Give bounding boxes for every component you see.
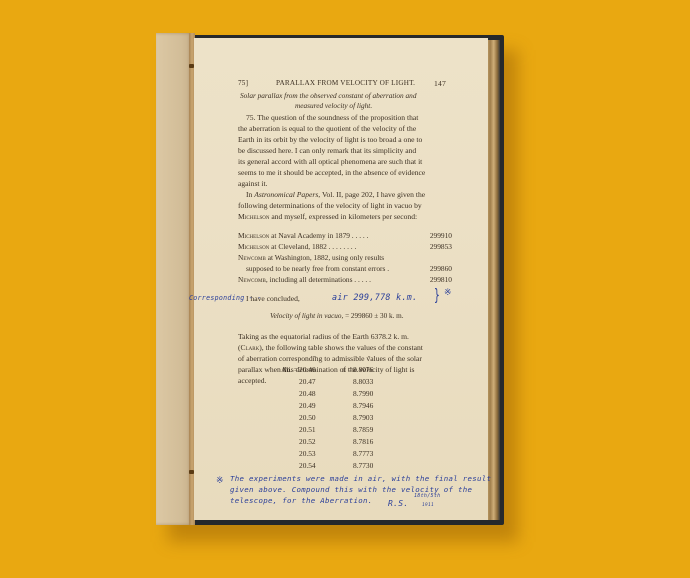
text-line: be discussed here. I can only remark tha… xyxy=(238,146,416,157)
parallax-value: 8.7730 xyxy=(353,461,373,470)
handwritten-date-bottom: 1911 xyxy=(422,503,434,508)
page-number: 147 xyxy=(434,79,446,88)
list-item: Newcomb, including all determinations . … xyxy=(238,275,452,284)
text-line: Taking as the equatorial radius of the E… xyxy=(238,332,409,343)
list-item: Newcomb at Washington, 1882, using only … xyxy=(238,253,452,262)
running-title: PARALLAX FROM VELOCITY OF LIGHT. xyxy=(276,79,415,87)
page-edges xyxy=(486,40,500,520)
parallax-value: 8.8033 xyxy=(353,377,373,386)
parallax-value: 8.7903 xyxy=(353,413,373,422)
text-line: 75. The question of the soundness of the… xyxy=(246,113,418,124)
parallax-value: 8.7859 xyxy=(353,425,373,434)
list-item: Michelson at Naval Academy in 1879 . . .… xyxy=(238,231,452,240)
parallax-value: 8.7990 xyxy=(353,389,373,398)
aberration-value: 20.47 xyxy=(299,377,316,386)
parallax-value: 8.7773 xyxy=(353,449,373,458)
text-line: following determinations of the velocity… xyxy=(238,201,422,212)
asterisk-icon: ※ xyxy=(216,476,224,486)
handwritten-signature: R.S. xyxy=(388,499,408,508)
pi-label: π = xyxy=(342,365,352,374)
left-page-flap xyxy=(156,33,192,525)
subtitle-line-2: measured velocity of light. xyxy=(295,101,372,110)
handwritten-air-value: air 299,778 k.m. xyxy=(332,292,417,302)
handwritten-margin-note: Corresponding - - xyxy=(189,294,262,302)
subtitle-line-1: Solar parallax from the observed constan… xyxy=(240,91,416,100)
aberration-value: 20.51 xyxy=(299,425,316,434)
aberration-value: 20.53 xyxy=(299,449,316,458)
parallax-value: 8.8076 xyxy=(353,365,373,374)
asterisk-icon: ※ xyxy=(444,288,452,298)
list-item: Michelson at Cleveland, 1882 . . . . . .… xyxy=(238,242,452,251)
aberration-value: 20.46 xyxy=(299,365,316,374)
text-line: seems to me it should be accepted, in th… xyxy=(238,168,425,179)
handwritten-brace: } xyxy=(434,285,440,304)
handwritten-line: telescope, for the Aberration. xyxy=(230,496,373,505)
aberration-value: 20.54 xyxy=(299,461,316,470)
parallax-value: 8.7946 xyxy=(353,401,373,410)
aberration-value: 20.50 xyxy=(299,413,316,422)
text-line: accepted. xyxy=(238,376,266,387)
parallax-value: 8.7816 xyxy=(353,437,373,446)
text-line: In Astronomical Papers, Vol. II, page 20… xyxy=(246,190,425,201)
velocity-formula: Velocity of light in vacuo, = 299860 ± 3… xyxy=(270,312,404,320)
handwritten-line: The experiments were made in air, with t… xyxy=(230,474,491,483)
arcsec-mark: ″ xyxy=(368,356,371,362)
book-page: 75] PARALLAX FROM VELOCITY OF LIGHT. 147… xyxy=(194,38,488,520)
aberration-value: 20.49 xyxy=(299,401,316,410)
text-line: parallax when this determination of the … xyxy=(238,365,415,376)
text-line: its general accord with all optical phen… xyxy=(238,157,422,168)
aberration-value: 20.52 xyxy=(299,437,316,446)
text-line: against it. xyxy=(238,179,268,190)
text-line: Earth in its orbit by the velocity of li… xyxy=(238,135,422,146)
handwritten-date-top: 18th/5th xyxy=(414,493,440,499)
text-line: (Clark), the following table shows the v… xyxy=(238,343,423,354)
text-line: of aberration corresponding to admissibl… xyxy=(238,354,422,365)
ab-label: Ab. = xyxy=(281,365,298,374)
text-line: the aberration is equal to the quotient … xyxy=(238,124,416,135)
section-ref: 75] xyxy=(238,79,248,87)
arcsec-mark: ″ xyxy=(314,356,317,362)
text-line: Michelson and myself, expressed in kilom… xyxy=(238,212,417,223)
aberration-value: 20.48 xyxy=(299,389,316,398)
list-item: supposed to be nearly free from constant… xyxy=(238,264,452,273)
